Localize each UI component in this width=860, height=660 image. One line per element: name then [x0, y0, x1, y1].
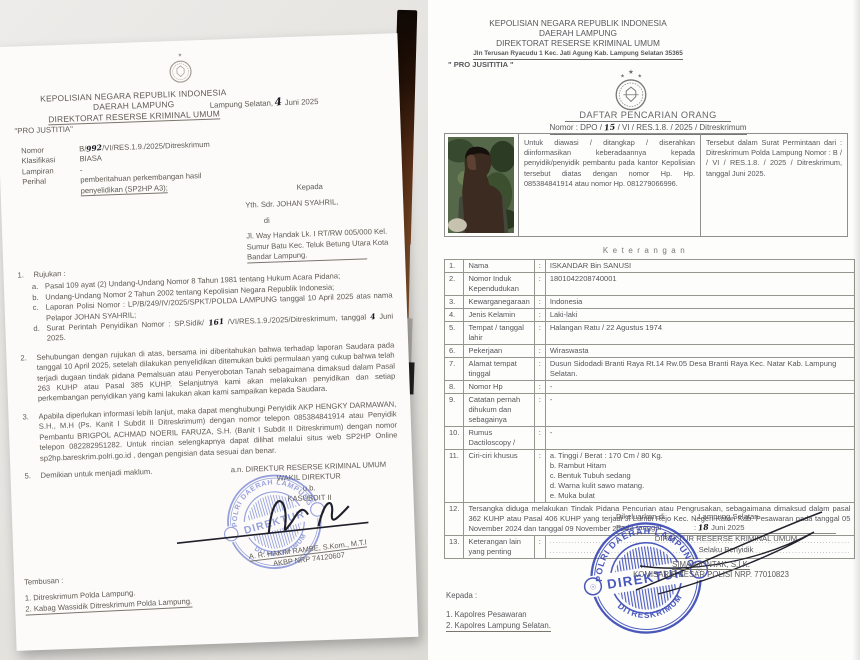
row-colon: : [534, 296, 545, 309]
row-number: 11. [445, 450, 464, 503]
perihal-line2: penyelidikan (SP2HP A3); [80, 183, 168, 196]
sub-letter: b. [32, 292, 45, 303]
row-value: 1801042208740001 [545, 273, 855, 296]
row-label: Jenis Kelamin [464, 309, 534, 322]
kepada-item-2: 2. Kapolres Lampung Selatan. [446, 620, 551, 632]
place-text: Lampung Selatan, [210, 99, 274, 110]
row-number: 8. [445, 381, 464, 394]
handwritten-day: 4 [275, 97, 284, 108]
row-colon: : [534, 450, 545, 503]
signer-identity: SIMANJUNTAK, S.I.K. KOMISARIS BESAR POLI… [578, 560, 844, 580]
dpo-title: DAFTAR PENCARIAN ORANG [565, 110, 730, 122]
dpo-number-post: / VI / RES.1.8. / 2025 / Ditreskrimum [618, 123, 747, 132]
row-number: 4. [445, 309, 464, 322]
table-row: 9. Catatan pernah dihukum dan sebagainya… [445, 394, 855, 427]
sub-letter: d. [33, 324, 47, 345]
agency-line: DAERAH LAMPUNG [428, 28, 728, 38]
table-row: 4. Jenis Kelamin : Laki-laki [445, 309, 855, 322]
photographed-letter-region: ★ KEPOLISIAN NEGARA REPUBLIK INDONESIA D… [0, 0, 428, 660]
svg-text:★: ★ [628, 68, 634, 76]
table-row: 11. Ciri-ciri khusus : a. Tinggi / Berat… [445, 450, 855, 503]
nomor-suffix: /VI/RES.1.9./2025/Ditreskrimum [102, 140, 210, 153]
row-value: a. Tinggi / Berat : 170 Cm / 80 Kg. b. R… [545, 450, 855, 503]
row-value: Wiraswasta [545, 345, 855, 358]
svg-text:★: ★ [637, 74, 642, 80]
police-emblem-icon: ★ ★ ★ [610, 66, 652, 114]
trait-line: b. Rambut Hitam [550, 461, 851, 471]
row-number: 12. [445, 503, 464, 536]
row-number: 9. [445, 394, 464, 427]
row-value: Indonesia [545, 296, 855, 309]
row-colon: : [534, 309, 545, 322]
row-number: 5. [445, 322, 464, 345]
lampiran-value: - [80, 165, 83, 175]
dpo-letterhead: KEPOLISIAN NEGARA REPUBLIK INDONESIA DAE… [428, 18, 728, 70]
surveillance-instruction-text: Untuk diawasi / ditangkap / diserahkan d… [519, 134, 701, 236]
sub-letter: a. [32, 282, 45, 293]
dpo-number-pre: Nomor : DPO / [550, 123, 602, 132]
table-row: 5. Tempat / tanggal lahir : Halangan Rat… [445, 322, 855, 345]
table-row: 1. Nama : ISKANDAR Bin SANUSI [445, 260, 855, 273]
table-row: 3. Kewarganegaraan : Indonesia [445, 296, 855, 309]
svg-text:☉: ☉ [589, 583, 596, 592]
di-label: di [264, 211, 396, 226]
dpo-title-block: DAFTAR PENCARIAN ORANG Nomor : DPO / 15 … [498, 110, 798, 135]
kepada-label: Kepada [296, 179, 394, 193]
row-label: Alamat tempat tinggal [464, 358, 534, 381]
row-colon: : [534, 345, 545, 358]
item-number: 1. [17, 270, 33, 281]
sp2hp-letter-page: ★ KEPOLISIAN NEGARA REPUBLIK INDONESIA D… [0, 33, 418, 651]
row-value: - [545, 381, 855, 394]
tembusan-block: Tembusan : 1. Ditreskrimum Polda Lampung… [24, 570, 193, 616]
pro-justitia-label: " PRO JUSITITIA " [448, 60, 728, 70]
table-row: 6. Pekerjaan : Wiraswasta [445, 345, 855, 358]
svg-text:★: ★ [620, 74, 625, 80]
signature-mark [628, 508, 828, 598]
kepada-label: Kepada : [446, 590, 551, 601]
item-number: 5. [24, 471, 40, 482]
row-value: ISKANDAR Bin SANUSI [545, 260, 855, 273]
trait-line: e. Muka bulat [550, 491, 851, 501]
row-label: Ciri-ciri khusus [464, 450, 534, 503]
addressee-name: Yth. Sdr. JOHAN SYAHRIL, [245, 196, 395, 212]
row-label: Tempat / tanggal lahir [464, 322, 534, 345]
row-value: - [545, 427, 855, 450]
table-row: 7. Alamat tempat tinggal : Dusun Sidodad… [445, 358, 855, 381]
trait-line: d. Warna kulit sawo matang. [550, 481, 851, 491]
keterangan-heading: Keterangan [444, 246, 848, 256]
item-number: 2. [20, 353, 38, 406]
place-date-line: Lampung Selatan, 4 Juni 2025 [210, 96, 319, 111]
table-row: 8. Nomor Hp : - [445, 381, 855, 394]
handwritten-dpo-number: 15 [604, 122, 616, 133]
row-label: Pekerjaan [464, 345, 534, 358]
row-number: 7. [445, 358, 464, 381]
klasifikasi-value: BIASA [79, 154, 102, 165]
row-label: Kewarganegaraan [464, 296, 534, 309]
row-value: Dusun Sidodadi Branti Raya Rt.14 Rw.05 D… [545, 358, 855, 381]
scan-edge-shade [852, 0, 860, 660]
row-number: 1. [445, 260, 464, 273]
row-colon: : [534, 260, 545, 273]
handwritten-sidik-number: 161 [207, 317, 224, 329]
row-label: Nomor Hp [464, 381, 534, 394]
row-label: Nomor Induk Kependudukan [464, 273, 534, 296]
wanted-person-photo [445, 134, 519, 236]
row-colon: : [534, 358, 545, 381]
table-row: 2. Nomor Induk Kependudukan : 1801042208… [445, 273, 855, 296]
handwritten-day: 4 [369, 312, 376, 323]
item-number: 3. [22, 412, 40, 465]
wanted-person-box: Untuk diawasi / ditangkap / diserahkan d… [444, 133, 848, 237]
row-number: 3. [445, 296, 464, 309]
row-colon: : [534, 322, 545, 345]
row-value: Laki-laki [545, 309, 855, 322]
tembusan-label: Tembusan : [24, 570, 191, 589]
sub-letter: c. [33, 303, 47, 324]
date-text: Juni 2025 [284, 97, 318, 107]
row-label: Nama [464, 260, 534, 273]
row-number: 13. [445, 536, 464, 559]
trait-line: c. Bentuk Tubuh sedang [550, 471, 851, 481]
row-label: Keterangan lain yang penting [464, 536, 534, 559]
addressee-block: Kepada Yth. Sdr. JOHAN SYAHRIL, di Jl. W… [245, 179, 398, 264]
letterhead: KEPOLISIAN NEGARA REPUBLIK INDONESIA DAE… [13, 86, 254, 137]
row-number: 2. [445, 273, 464, 296]
signer-name: SIMANJUNTAK, S.I.K. [672, 560, 750, 570]
letter-body: 1. Rujukan : a. Pasal 109 ayat (2) Undan… [17, 258, 398, 489]
dpo-document: KEPOLISIAN NEGARA REPUBLIK INDONESIA DAE… [428, 0, 860, 660]
signer-nrp: KOMISARIS BESAR POLISI NRP. 77010823 [578, 570, 844, 580]
svg-text:★: ★ [178, 52, 183, 58]
row-number: 10. [445, 427, 464, 450]
row-label: Catatan pernah dihukum dan sebagainya [464, 394, 534, 427]
request-letter-reference-text: Tersebut dalam Surat Permintaan dari : D… [701, 134, 847, 236]
table-row: 10. Rumus Dactiloscopy / : - [445, 427, 855, 450]
agency-line: KEPOLISIAN NEGARA REPUBLIK INDONESIA [428, 18, 728, 28]
row-colon: : [534, 273, 545, 296]
paragraph-2: Sehubungan dengan rujukan di atas, bersa… [36, 340, 396, 404]
row-colon: : [534, 381, 545, 394]
perihal-label: Perihal [22, 176, 81, 199]
office-address: Jln Terusan Ryacudu 1 Kec. Jati Agung Ka… [473, 49, 683, 60]
police-emblem-icon: ★ [164, 50, 197, 87]
row-colon: : [534, 394, 545, 427]
row-value: Halangan Ratu / 22 Agustus 1974 [545, 322, 855, 345]
letter-meta-block: Nomor B/992/VI/RES.1.9./2025/Ditreskrimu… [21, 138, 253, 198]
row-label: Rumus Dactiloscopy / [464, 427, 534, 450]
kepada-item-1: 1. Kapolres Pesawaran [446, 609, 551, 620]
row-colon: : [534, 536, 545, 559]
person-photo-image [448, 137, 514, 233]
row-colon: : [534, 427, 545, 450]
row-number: 6. [445, 345, 464, 358]
row-value: - [545, 394, 855, 427]
distribution-block: Kepada : 1. Kapolres Pesawaran 2. Kapolr… [446, 590, 551, 632]
paragraph-3: Apabila diperlukan informasi lebih lanju… [38, 399, 398, 463]
handwritten-nomor: 992 [86, 143, 103, 155]
agency-line: DIREKTORAT RESERSE KRIMINAL UMUM [428, 38, 728, 48]
trait-line: a. Tinggi / Berat : 170 Cm / 80 Kg. [550, 451, 851, 461]
